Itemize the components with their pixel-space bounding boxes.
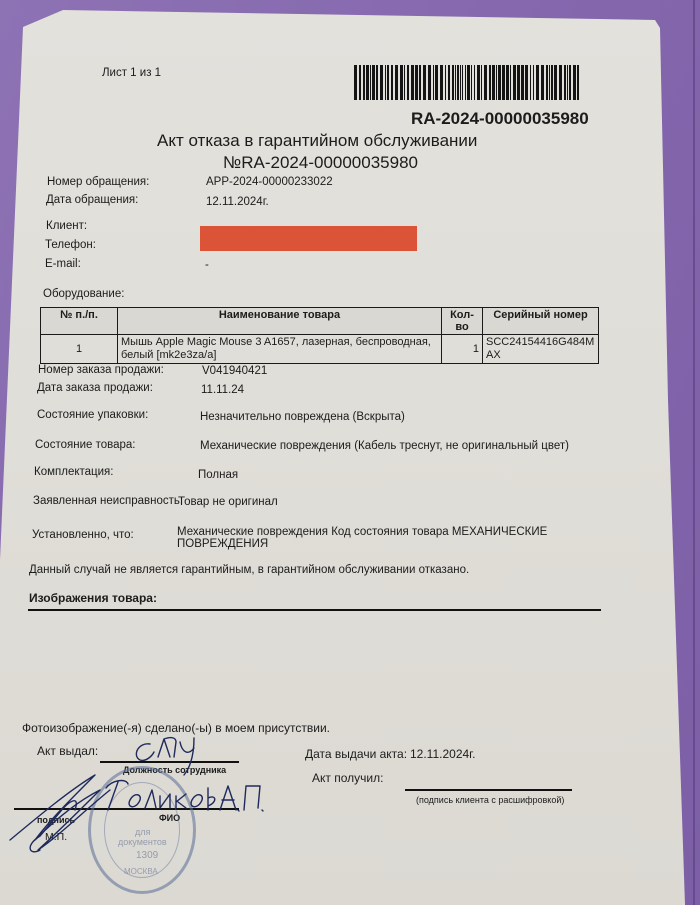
row-quantity: 1 — [442, 335, 483, 364]
row-number: 1 — [41, 335, 118, 364]
completeness-value: Полная — [198, 469, 238, 481]
issued-by-label: Акт выдал: — [37, 744, 98, 758]
column-header-qty: Кол-во — [442, 308, 483, 335]
desk-seam — [693, 0, 695, 905]
barcode-code: RA-2024-00000035980 — [411, 109, 589, 129]
received-label: Акт получил: — [312, 771, 383, 785]
completeness-label: Комплектация: — [34, 466, 113, 478]
order-date-label: Дата заказа продажи: — [37, 382, 153, 394]
table-row: 1 Мышь Apple Magic Mouse 3 A1657, лазерн… — [41, 335, 599, 364]
document-number: №RA-2024-00000035980 — [223, 153, 418, 173]
product-state-label: Состояние товара: — [35, 439, 135, 451]
photo-note: Фотоизображение(-я) сделано(-ы) в моем п… — [22, 721, 330, 735]
column-header-serial: Серийный номер — [483, 308, 599, 335]
stamp-text-2: документов — [118, 837, 167, 847]
column-header-name: Наименование товара — [118, 308, 442, 335]
declared-defect-label: Заявленная неисправность: — [33, 495, 183, 507]
findings-value-line2: ПОВРЕЖДЕНИЯ — [177, 538, 268, 550]
document-title: Акт отказа в гарантийном обслуживании — [157, 131, 477, 151]
declared-defect-value: Товар не оригинал — [178, 496, 278, 508]
order-number-value: V041940421 — [202, 365, 267, 377]
row-serial: SCC24154416G484MAX — [483, 335, 599, 364]
images-section-title: Изображения товара: — [29, 591, 157, 605]
package-state-label: Состояние упаковки: — [37, 409, 148, 421]
request-date-value: 12.11.2024г. — [206, 196, 269, 208]
order-date-value: 11.11.24 — [201, 384, 244, 396]
issue-date-value: 12.11.2024г. — [410, 747, 475, 761]
signature-caption: подпись — [37, 815, 75, 825]
section-divider — [28, 609, 601, 611]
equipment-label: Оборудование: — [43, 288, 124, 300]
issue-date-label: Дата выдачи акта: — [305, 747, 407, 761]
findings-label: Установленно, что: — [32, 529, 134, 541]
stamp-city: МОСКВА — [124, 867, 158, 876]
sheet-number: Лист 1 из 1 — [102, 67, 161, 79]
request-number-label: Номер обращения: — [47, 176, 149, 188]
barcode — [354, 65, 582, 100]
package-state-value: Незначительно повреждена (Вскрыта) — [200, 411, 405, 423]
client-sign-caption: (подпись клиента с расшифровкой) — [416, 795, 564, 805]
order-number-label: Номер заказа продажи: — [38, 364, 164, 376]
conclusion-text: Данный случай не является гарантийным, в… — [29, 564, 469, 576]
email-value: - — [205, 259, 209, 271]
stamp-text-1: для — [135, 827, 150, 837]
client-sign-line — [405, 789, 572, 791]
product-state-value: Механические повреждения (Кабель треснут… — [200, 440, 569, 452]
email-label: E-mail: — [45, 258, 81, 270]
request-number-value: APP-2024-00000233022 — [206, 176, 333, 188]
findings-value: Механические повреждения Код состояния т… — [177, 526, 547, 538]
phone-label: Телефон: — [45, 239, 96, 251]
row-product-name: Мышь Apple Magic Mouse 3 A1657, лазерная… — [118, 335, 442, 364]
position-line — [100, 761, 239, 763]
request-date-label: Дата обращения: — [46, 194, 138, 206]
equipment-table: № п./п. Наименование товара Кол-во Серий… — [40, 307, 599, 364]
seal-caption: М.П. — [45, 831, 67, 843]
redaction-block — [200, 226, 417, 251]
column-header-number: № п./п. — [41, 308, 118, 335]
client-label: Клиент: — [46, 220, 87, 232]
stamp-number: 1309 — [136, 850, 158, 861]
